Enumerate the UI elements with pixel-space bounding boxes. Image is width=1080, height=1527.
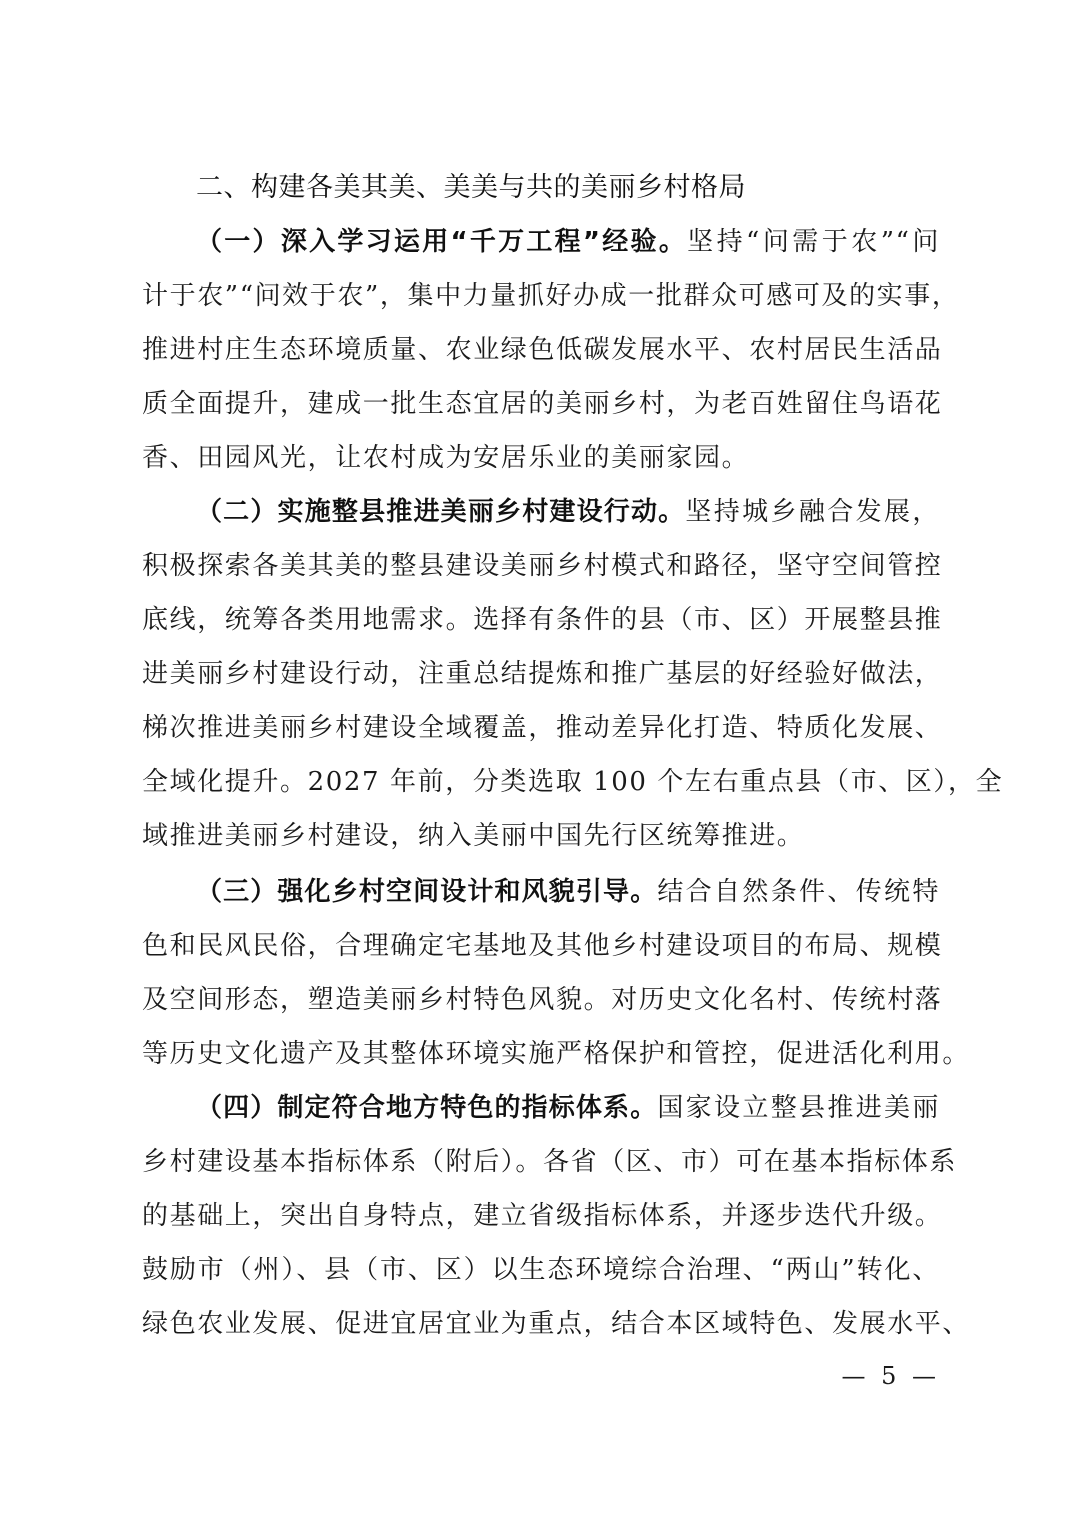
paragraph-3-title: （三）强化乡村空间设计和风貌引导。 [196, 877, 657, 907]
paragraph-2-line-1: （二）实施整县推进美丽乡村建设行动。坚持城乡融合发展， [196, 492, 940, 532]
paragraph-3-line-2: 色和民风民俗，合理确定宅基地及其他乡村建设项目的布局、规模 [142, 926, 940, 966]
paragraph-3-line-3: 及空间形态，塑造美丽乡村特色风貌。对历史文化名村、传统村落 [142, 980, 940, 1020]
paragraph-1-line-2: 计于农”“问效于农”，集中力量抓好办成一批群众可感可及的实事， [142, 276, 940, 316]
paragraph-3-line-4: 等历史文化遗产及其整体环境实施严格保护和管控，促进活化利用。 [142, 1034, 940, 1074]
paragraph-1-line-5: 香、田园风光，让农村成为安居乐业的美丽家园。 [142, 438, 940, 478]
paragraph-2-line-5: 梯次推进美丽乡村建设全域覆盖，推动差异化打造、特质化发展、 [142, 708, 940, 748]
paragraph-4-line-4: 鼓励市（州）、县（市、区）以生态环境综合治理、“两山”转化、 [142, 1250, 940, 1290]
paragraph-2-title: （二）实施整县推进美丽乡村建设行动。 [196, 497, 685, 527]
paragraph-2-line-2: 积极探索各美其美的整县建设美丽乡村模式和路径，坚守空间管控 [142, 546, 940, 586]
paragraph-3-line-1: （三）强化乡村空间设计和风貌引导。结合自然条件、传统特 [196, 872, 940, 912]
paragraph-2-line-6: 全域化提升。2027 年前，分类选取 100 个左右重点县（市、区），全 [142, 762, 940, 802]
paragraph-1-line-3: 推进村庄生态环境质量、农业绿色低碳发展水平、农村居民生活品 [142, 330, 940, 370]
paragraph-4-line-2: 乡村建设基本指标体系（附后）。各省（区、市）可在基本指标体系 [142, 1142, 940, 1182]
section-heading: 二、构建各美其美、美美与共的美丽乡村格局 [196, 168, 746, 208]
paragraph-4-line-3: 的基础上，突出自身特点，建立省级指标体系，并逐步迭代升级。 [142, 1196, 940, 1236]
page-number: — 5 — [840, 1356, 940, 1396]
document-page: 二、构建各美其美、美美与共的美丽乡村格局 （一）深入学习运用“千万工程”经验。坚… [0, 0, 1080, 1527]
paragraph-4-title: （四）制定符合地方特色的指标体系。 [196, 1093, 657, 1123]
paragraph-1-line-4: 质全面提升，建成一批生态宜居的美丽乡村，为老百姓留住鸟语花 [142, 384, 940, 424]
paragraph-1-line-1: （一）深入学习运用“千万工程”经验。坚持“问需于农”“问 [196, 222, 940, 262]
paragraph-3-text: 结合自然条件、传统特 [657, 877, 940, 907]
paragraph-2-line-4: 进美丽乡村建设行动，注重总结提炼和推广基层的好经验好做法， [142, 654, 940, 694]
paragraph-4-line-5: 绿色农业发展、促进宜居宜业为重点，结合本区域特色、发展水平、 [142, 1304, 940, 1344]
paragraph-4-line-1: （四）制定符合地方特色的指标体系。国家设立整县推进美丽 [196, 1088, 940, 1128]
paragraph-4-text: 国家设立整县推进美丽 [657, 1093, 940, 1123]
paragraph-2-line-3: 底线，统筹各类用地需求。选择有条件的县（市、区）开展整县推 [142, 600, 940, 640]
paragraph-2-line-7: 域推进美丽乡村建设，纳入美丽中国先行区统筹推进。 [142, 816, 940, 856]
paragraph-1-title: （一）深入学习运用“千万工程”经验。 [196, 227, 687, 257]
paragraph-2-text: 坚持城乡融合发展， [685, 497, 940, 527]
paragraph-1-text: 坚持“问需于农”“问 [687, 227, 940, 257]
